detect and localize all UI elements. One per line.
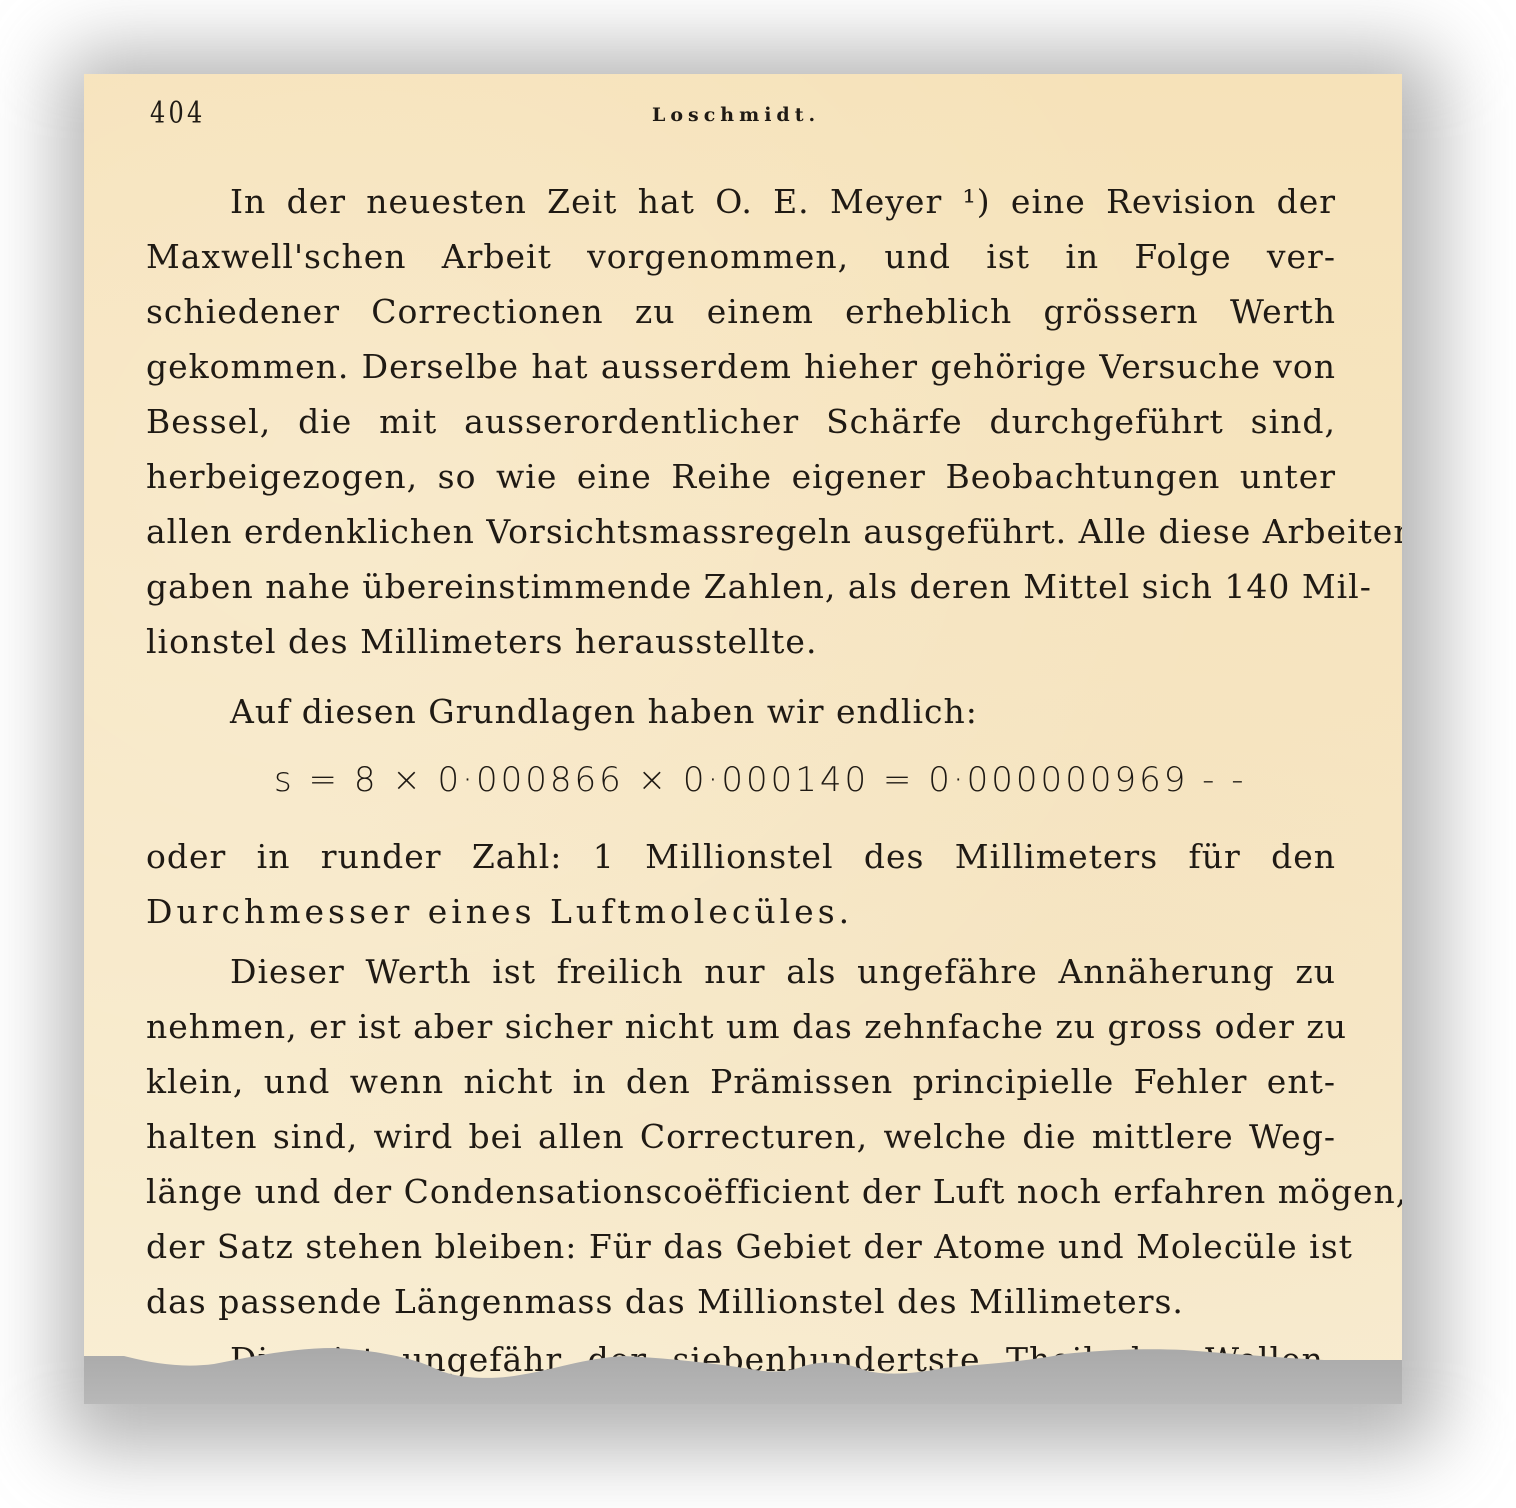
paragraph-1-line-7: allen erdenklichen Vorsichtsmassregeln a… <box>146 512 1336 551</box>
paragraph-4-line-3: klein, und wenn nicht in den Prämissen p… <box>146 1062 1336 1101</box>
page-number: 404 <box>150 96 205 131</box>
running-head: Loschmidt. <box>652 104 820 126</box>
paragraph-4-line-2: nehmen, er ist aber sicher nicht um das … <box>146 1007 1336 1046</box>
paragraph-1-line-6: herbeigezogen, so wie eine Reihe eigener… <box>146 457 1336 496</box>
paragraph-1-line-1: In der neuesten Zeit hat O. E. Meyer ¹) … <box>146 182 1336 221</box>
paragraph-1-line-9: lionstel des Millimeters herausstellte. <box>146 622 1336 661</box>
paragraph-4-line-7: das passende Längenmass das Millionstel … <box>146 1282 1336 1321</box>
paragraph-3-line-2: Durchmesser eines Luftmolecüles. <box>146 892 1336 931</box>
paragraph-4-line-6: der Satz stehen bleiben: Für das Gebiet … <box>146 1227 1336 1266</box>
paragraph-1-line-2: Maxwell'schen Arbeit vorgenommen, und is… <box>146 237 1336 276</box>
torn-edge <box>84 1344 1402 1404</box>
paragraph-1-line-4: gekommen. Derselbe hat ausserdem hieher … <box>146 347 1336 386</box>
paragraph-1-line-3: schiedener Correctionen zu einem erhebli… <box>146 292 1336 331</box>
page-stage: 404 Loschmidt. In der neuesten Zeit hat … <box>0 0 1516 1508</box>
scanned-page: 404 Loschmidt. In der neuesten Zeit hat … <box>84 74 1402 1404</box>
paragraph-4-line-4: halten sind, wird bei allen Correcturen,… <box>146 1117 1336 1156</box>
paragraph-4-line-5: länge und der Condensationscoëfficient d… <box>146 1172 1336 1211</box>
paragraph-3-line-1: oder in runder Zahl: 1 Millionstel des M… <box>146 837 1336 876</box>
paragraph-2-line-1: Auf diesen Grundlagen haben wir endlich: <box>230 692 978 731</box>
paragraph-1-line-5: Bessel, die mit ausserordentlicher Schär… <box>146 402 1336 441</box>
paragraph-4-line-1: Dieser Werth ist freilich nur als ungefä… <box>146 952 1336 991</box>
formula-molecule-diameter: s = 8 × 0·000866 × 0·000140 = 0·00000096… <box>274 760 1247 800</box>
paragraph-1-line-8: gaben nahe übereinstimmende Zahlen, als … <box>146 567 1336 606</box>
